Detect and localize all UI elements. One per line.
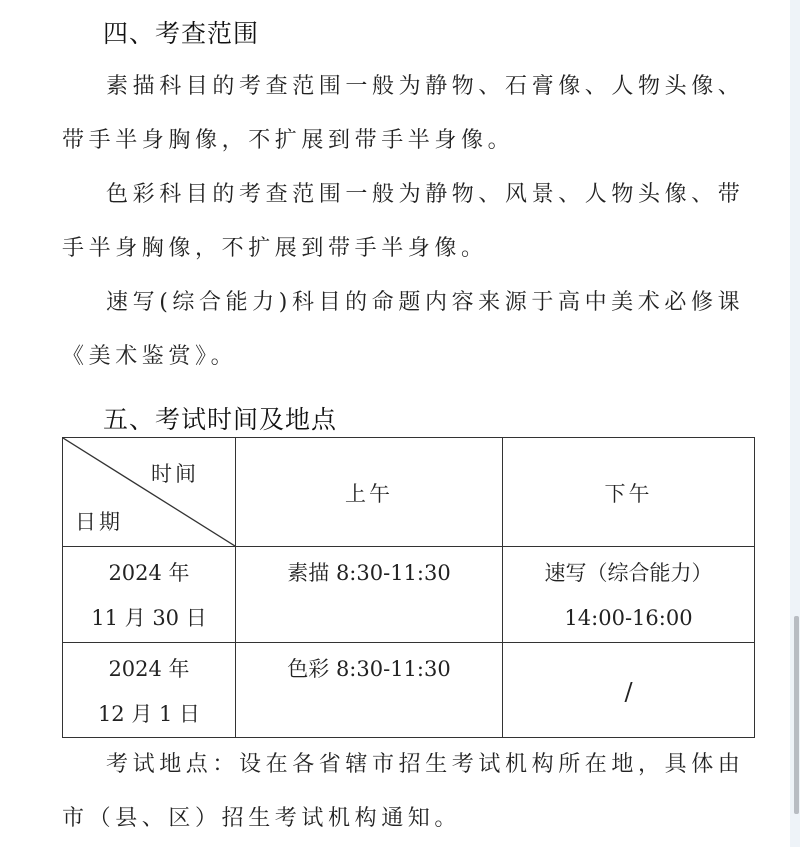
date-year: 2024 年 [63,647,235,692]
date-cell: 2024 年 11 月 30 日 [63,547,236,643]
diagonal-header-cell: 时间 日期 [63,438,236,547]
date-year: 2024 年 [63,551,235,596]
afternoon-time: 14:00-16:00 [503,596,754,641]
header-afternoon: 下午 [503,438,755,547]
paragraph-color-scope: 色彩科目的考查范围一般为静物、风景、人物头像、带手半身胸像，不扩展到带手半身像。 [62,168,768,276]
date-day: 11 月 30 日 [63,596,235,641]
section-heading-time-location: 五、考试时间及地点 [103,400,337,436]
document-page: 四、考查范围 素描科目的考查范围一般为静物、石膏像、人物头像、带手半身胸像，不扩… [0,0,790,847]
scrollbar-thumb[interactable] [794,616,799,814]
scrollbar-track[interactable] [790,0,800,847]
date-cell: 2024 年 12 月 1 日 [63,643,236,738]
morning-cell: 色彩 8:30-11:30 [236,643,503,738]
section-heading-scope: 四、考查范围 [103,14,259,50]
header-date-label: 日期 [75,506,123,536]
table-header-row: 时间 日期 上午 下午 [63,438,755,547]
paragraph-exam-location: 考试地点：设在各省辖市招生考试机构所在地，具体由市（县、区）招生考试机构通知。 [62,738,768,846]
date-day: 12 月 1 日 [63,692,235,737]
table-row: 2024 年 12 月 1 日 色彩 8:30-11:30 / [63,643,755,738]
paragraph-quick-sketch-scope: 速写(综合能力)科目的命题内容来源于高中美术必修课《美术鉴赏》。 [62,276,768,384]
header-morning: 上午 [236,438,503,547]
afternoon-cell: 速写（综合能力） 14:00-16:00 [503,547,755,643]
morning-cell: 素描 8:30-11:30 [236,547,503,643]
exam-schedule-table: 时间 日期 上午 下午 2024 年 11 月 30 日 素描 8:30-11:… [62,437,755,738]
afternoon-subject: 速写（综合能力） [503,551,754,596]
paragraph-sketch-scope: 素描科目的考查范围一般为静物、石膏像、人物头像、带手半身胸像，不扩展到带手半身像… [62,60,768,168]
table-row: 2024 年 11 月 30 日 素描 8:30-11:30 速写（综合能力） … [63,547,755,643]
header-time-label: 时间 [151,458,199,488]
afternoon-cell-empty: / [503,643,755,738]
